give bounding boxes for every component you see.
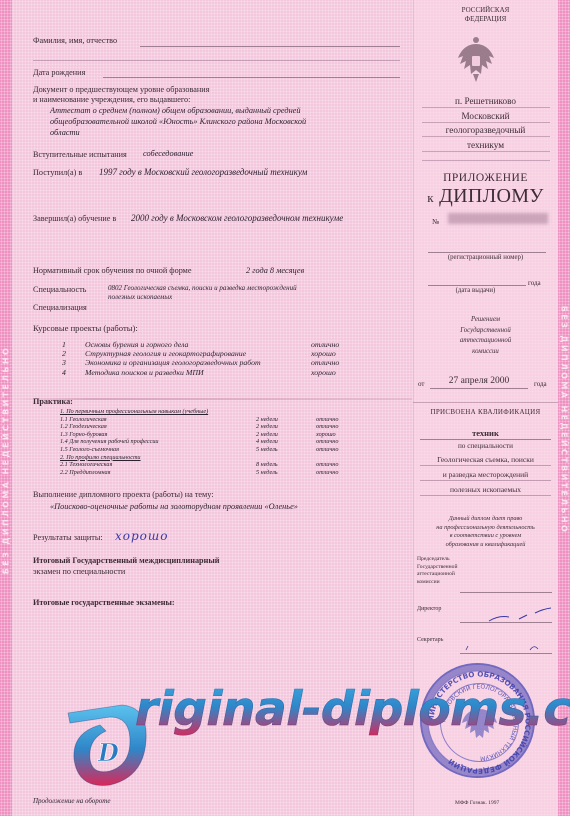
practice-heading: 2. По профилю специальности bbox=[60, 454, 141, 461]
defense-label: Результаты защиты: bbox=[33, 533, 103, 542]
qualification-label: ПРИСВОЕНА КВАЛИФИКАЦИЯ bbox=[413, 408, 558, 416]
qualification-value: техник bbox=[413, 428, 558, 438]
course-project-title: Экономика и организация геологоразведочн… bbox=[85, 358, 261, 367]
diploma-supplement-sheet: БЕЗ ДИПЛОМА НЕДЕЙСТВИТЕЛЬНО БЕЗ ДИПЛОМА … bbox=[0, 0, 570, 816]
supplement-title-2: к ДИПЛОМУ bbox=[413, 185, 558, 208]
course-project-grade: отлично bbox=[311, 340, 339, 349]
course-project-number: 1 bbox=[62, 340, 66, 349]
rights-note-line: образования и квалификацией bbox=[413, 541, 558, 548]
prev-doc-value-2: общеобразовательной школой «Юность» Клин… bbox=[50, 117, 306, 126]
practice-grade: отлично bbox=[316, 438, 338, 445]
practice-item: 1.5 Геолого-съемочная bbox=[60, 446, 119, 453]
course-project-title: Методика поисков и разведки МПИ bbox=[85, 368, 204, 377]
duration-value: 2 года 8 месяцев bbox=[246, 266, 304, 275]
security-band-text: БЕЗ ДИПЛОМА НЕДЕЙСТВИТЕЛЬНО bbox=[2, 346, 11, 574]
institution-line bbox=[422, 160, 550, 161]
practice-grade: отлично bbox=[316, 446, 338, 453]
prev-doc-label: Документ о предшествующем уровне образов… bbox=[33, 85, 209, 94]
interdisc-exam-label: Итоговый Государственный междисциплинарн… bbox=[33, 556, 219, 565]
course-project-number: 3 bbox=[62, 358, 66, 367]
title-prefix: к bbox=[427, 190, 434, 205]
issue-date-caption: (дата выдачи) bbox=[413, 287, 538, 294]
specialty-underline bbox=[420, 495, 551, 496]
full-name-line-2 bbox=[33, 60, 400, 61]
prev-doc-label-2: и наименование учреждения, его выдавшего… bbox=[33, 95, 190, 104]
svg-text:D: D bbox=[97, 738, 119, 767]
practice-item: 1.1 Геологическая bbox=[60, 416, 107, 423]
decision-line: Решением bbox=[413, 316, 558, 323]
institution-line bbox=[422, 151, 550, 152]
chair-label-line: комиссии bbox=[417, 579, 440, 585]
reg-number-caption: (регистрационный номер) bbox=[413, 254, 558, 261]
redacted-number bbox=[448, 213, 548, 224]
specialty-label: Специальность bbox=[33, 285, 86, 294]
thesis-label: Выполнение дипломного проекта (работы) н… bbox=[33, 490, 213, 499]
specialty-line: Геологическая съемка, поиски bbox=[413, 455, 558, 464]
decision-date-value: 27 апреля 2000 bbox=[430, 376, 528, 386]
chair-label-line: Председатель bbox=[417, 556, 450, 562]
graduated-label: Завершил(а) обучение в bbox=[33, 214, 116, 223]
institution-line-text: п. Решетниково bbox=[413, 96, 558, 106]
specialty-underline bbox=[420, 465, 551, 466]
practice-duration: 8 недель bbox=[256, 461, 278, 468]
institution-line bbox=[422, 107, 550, 108]
practice-label: Практика: bbox=[33, 397, 73, 406]
reg-number-field[interactable] bbox=[428, 252, 546, 253]
specialty-line: полезных ископаемых bbox=[413, 485, 558, 494]
course-project-grade: хорошо bbox=[311, 349, 336, 358]
director-signature-icon bbox=[485, 605, 555, 627]
practice-duration: 2 недели bbox=[256, 423, 278, 430]
institution-line-text: геологоразведочный bbox=[413, 125, 558, 135]
specialty-value-2: полезных ископаемых bbox=[108, 293, 172, 301]
prev-doc-value-3: области bbox=[50, 128, 80, 137]
practice-duration: 2 недели bbox=[256, 431, 278, 438]
specialty-value: 0802 Геологическая съемка, поиски и разв… bbox=[108, 284, 297, 292]
supplement-title: ПРИЛОЖЕНИЕ bbox=[413, 172, 558, 184]
course-project-number: 2 bbox=[62, 349, 66, 358]
practice-duration: 2 недели bbox=[256, 416, 278, 423]
defense-value: хорошо bbox=[115, 529, 169, 543]
number-sign: № bbox=[432, 217, 439, 226]
chair-signature-line[interactable] bbox=[460, 592, 552, 593]
specialty-underline bbox=[420, 480, 551, 481]
practice-item: 1.2 Геодезическая bbox=[60, 423, 107, 430]
chair-label-line: аттестационной bbox=[417, 571, 455, 577]
specialization-label: Специализация bbox=[33, 303, 87, 312]
institution-line bbox=[422, 136, 550, 137]
thesis-value: «Поисково-оценочные работы на золоторудн… bbox=[50, 502, 298, 511]
title-diploma: ДИПЛОМУ bbox=[439, 185, 544, 207]
course-project-grade: отлично bbox=[311, 358, 339, 367]
course-projects-label: Курсовые проекты (работы): bbox=[33, 323, 138, 333]
issue-date-suffix: года bbox=[528, 279, 541, 287]
practice-grade: отлично bbox=[316, 469, 338, 476]
course-project-title: Основы бурения и горного дела bbox=[85, 340, 188, 349]
decision-line: аттестационной bbox=[413, 337, 558, 344]
birth-date-field[interactable] bbox=[103, 77, 400, 78]
practice-item: 2.1 Технологическая bbox=[60, 461, 112, 468]
decision-line: Государственной bbox=[413, 327, 558, 334]
rights-note-line: на профессиональную деятельность bbox=[413, 524, 558, 531]
course-project-title: Структурная геология и геокартографирова… bbox=[85, 349, 246, 358]
graduated-value: 2000 году в Московском геологоразведочно… bbox=[131, 213, 343, 223]
full-name-field[interactable] bbox=[140, 46, 400, 47]
entrance-value: собеседование bbox=[143, 149, 193, 158]
country-line-2: ФЕДЕРАЦИЯ bbox=[413, 15, 558, 23]
secretary-label: Секретарь bbox=[417, 637, 443, 643]
specialty-line: и разведка месторождений bbox=[413, 470, 558, 479]
practice-duration: 4 недели bbox=[256, 438, 278, 445]
practice-grade: отлично bbox=[316, 423, 338, 430]
practice-item: 2.2 Преддипломная bbox=[60, 469, 111, 476]
course-project-number: 4 bbox=[62, 368, 66, 377]
practice-duration: 5 недель bbox=[256, 469, 278, 476]
security-band-left: БЕЗ ДИПЛОМА НЕДЕЙСТВИТЕЛЬНО bbox=[0, 0, 12, 816]
birth-date-label: Дата рождения bbox=[33, 68, 85, 77]
continued-note: Продолжение на обороте bbox=[33, 797, 110, 805]
director-label: Директор bbox=[417, 606, 441, 612]
institution-line bbox=[422, 122, 550, 123]
issue-date-field[interactable] bbox=[428, 285, 526, 286]
enrolled-value: 1997 году в Московский геологоразведочны… bbox=[99, 167, 307, 177]
decision-date-line bbox=[430, 388, 528, 389]
country-line-1: РОССИЙСКАЯ bbox=[413, 6, 558, 14]
duration-label: Нормативный срок обучения по очной форме bbox=[33, 266, 191, 275]
decision-line: комиссии bbox=[413, 348, 558, 355]
institution-line-text: техникум bbox=[413, 140, 558, 150]
institution-line-text: Московский bbox=[413, 111, 558, 121]
practice-grade: отлично bbox=[316, 416, 338, 423]
chair-label-line: Государственной bbox=[417, 564, 457, 570]
printer-note: МФФ Гознак. 1997 bbox=[455, 800, 499, 806]
rights-note-line: Данный диплом дает право bbox=[413, 515, 558, 522]
secretary-signature-icon bbox=[460, 640, 552, 654]
final-exams-label: Итоговые государственные экзамены: bbox=[33, 598, 175, 607]
divider bbox=[413, 402, 558, 403]
practice-item: 1.4 Для получения рабочей профессии bbox=[60, 438, 159, 445]
entrance-label: Вступительные испытания bbox=[33, 150, 127, 159]
security-band-text: БЕЗ ДИПЛОМА НЕДЕЙСТВИТЕЛЬНО bbox=[560, 306, 569, 534]
rights-note-line: в соответствии с уровнем bbox=[413, 532, 558, 539]
decision-date-suffix: года bbox=[534, 380, 547, 388]
practice-heading: 1. По первичным профессиональным навыкам… bbox=[60, 408, 208, 415]
practice-grade: отлично bbox=[316, 461, 338, 468]
coat-of-arms-icon bbox=[455, 34, 497, 86]
enrolled-label: Поступил(а) в bbox=[33, 168, 82, 177]
specialty-caption: по специальности bbox=[413, 442, 558, 450]
qualification-line bbox=[420, 439, 551, 440]
course-project-grade: хорошо bbox=[311, 368, 336, 377]
prev-doc-value: Аттестат о среднем (полном) общем образо… bbox=[50, 106, 301, 115]
decision-date-prefix: от bbox=[418, 380, 424, 388]
practice-item: 1.3 Горно-буровая bbox=[60, 431, 107, 438]
full-name-label: Фамилия, имя, отчество bbox=[33, 36, 117, 45]
practice-duration: 5 недель bbox=[256, 446, 278, 453]
practice-grade: хорошо bbox=[316, 431, 336, 438]
watermark-text: riginal-diploms.com bbox=[135, 682, 570, 737]
interdisc-exam-label-2: экзамен по специальности bbox=[33, 567, 125, 576]
